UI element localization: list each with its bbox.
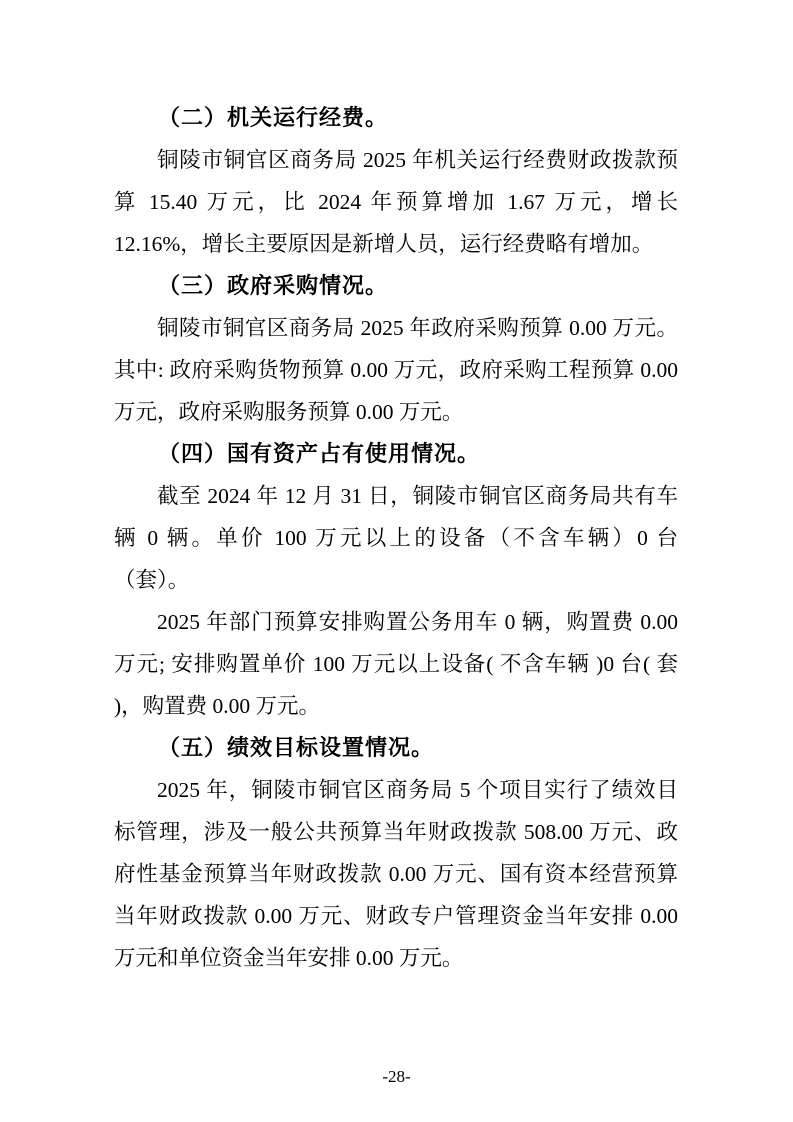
section-heading-government-procurement: （三）政府采购情况。 xyxy=(114,265,678,307)
document-body: （二）机关运行经费。 铜陵市铜官区商务局 2025 年机关运行经费财政拨款预算 … xyxy=(114,97,678,979)
section-heading-performance-targets: （五）绩效目标设置情况。 xyxy=(114,727,678,769)
section-heading-state-owned-assets: （四）国有资产占有使用情况。 xyxy=(114,433,678,475)
paragraph-government-procurement: 铜陵市铜官区商务局 2025 年政府采购预算 0.00 万元。其中: 政府采购货… xyxy=(114,307,678,433)
paragraph-performance-targets: 2025 年，铜陵市铜官区商务局 5 个项目实行了绩效目标管理，涉及一般公共预算… xyxy=(114,769,678,979)
page-number: -28- xyxy=(0,1066,793,1088)
paragraph-state-owned-assets-current: 截至 2024 年 12 月 31 日，铜陵市铜官区商务局共有车辆 0 辆。单价… xyxy=(114,475,678,601)
section-heading-agency-operating-costs: （二）机关运行经费。 xyxy=(114,97,678,139)
paragraph-agency-operating-costs: 铜陵市铜官区商务局 2025 年机关运行经费财政拨款预算 15.40 万元，比 … xyxy=(114,139,678,265)
paragraph-state-owned-assets-planned: 2025 年部门预算安排购置公务用车 0 辆，购置费 0.00 万元; 安排购置… xyxy=(114,601,678,727)
document-page: （二）机关运行经费。 铜陵市铜官区商务局 2025 年机关运行经费财政拨款预算 … xyxy=(0,0,793,1122)
